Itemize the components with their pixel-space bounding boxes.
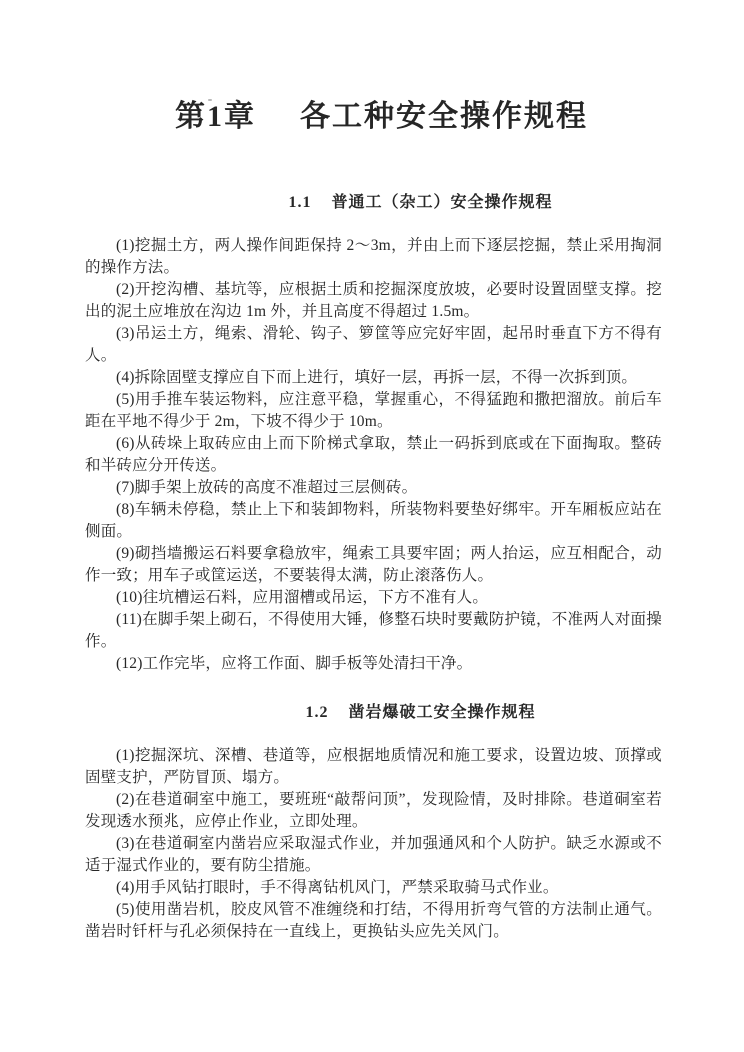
section-1-2-heading: 1.2凿岩爆破工安全操作规程 <box>179 704 662 722</box>
rule-item: (12)工作完毕，应将工作面、脚手板等处清扫干净。 <box>85 653 662 675</box>
scan-speck <box>486 101 489 103</box>
rule-item: (6)从砖垛上取砖应由上而下阶梯式拿取，禁止一码拆到底或在下面掏取。整砖和半砖应… <box>85 433 662 477</box>
rule-item: (10)往坑槽运石料，应用溜槽或吊运，下方不准有人。 <box>85 587 662 609</box>
section-number: 1.2 <box>305 704 328 721</box>
rule-item: (3)在巷道硐室内凿岩应采取湿式作业，并加强通风和个人防护。缺乏水源或不适于湿式… <box>85 833 662 877</box>
rule-item: (4)用手风钻打眼时，手不得离钻机风门，严禁采取骑马式作业。 <box>85 877 662 899</box>
rule-item: (5)用手推车装运物料，应注意平稳，掌握重心，不得猛跑和撒把溜放。前后车距在平地… <box>85 389 662 433</box>
chapter-name: 各工种安全操作规程 <box>300 100 588 133</box>
rule-item: (8)车辆未停稳，禁止上下和装卸物料，所装物料要垫好绑牢。开车厢板应站在侧面。 <box>85 499 662 543</box>
scan-speck <box>208 99 212 101</box>
section-1-1: 1.1普通工（杂工）安全操作规程 (1)挖掘土方，两人操作间距保持 2～3m，并… <box>85 194 662 675</box>
rule-item: (2)开挖沟槽、基坑等，应根据土质和挖掘深度放坡，必要时设置固壁支撑。挖出的泥土… <box>85 279 662 323</box>
rule-item: (2)在巷道硐室中施工，要班班“敲帮问顶”，发现险情，及时排除。巷道硐室若发现透… <box>85 789 662 833</box>
rule-item: (7)脚手架上放砖的高度不准超过三层侧砖。 <box>85 477 662 499</box>
section-title: 凿岩爆破工安全操作规程 <box>348 704 535 721</box>
rule-item: (3)吊运土方，绳索、滑轮、钩子、箩筐等应完好牢固，起吊时垂直下方不得有人。 <box>85 323 662 367</box>
rule-item: (9)砌挡墙搬运石料要拿稳放牢，绳索工具要牢固；两人抬运，应互相配合，动作一致；… <box>85 543 662 587</box>
section-number: 1.1 <box>288 194 311 211</box>
document-page: 第1章各工种安全操作规程 1.1普通工（杂工）安全操作规程 (1)挖掘土方，两人… <box>0 0 744 1052</box>
rule-item: (5)使用凿岩机，胶皮风管不准缠绕和打结，不得用折弯气管的方法制止通气。凿岩时钎… <box>85 899 662 943</box>
section-title: 普通工（杂工）安全操作规程 <box>331 194 552 211</box>
rule-item: (11)在脚手架上砌石，不得使用大锤，修整石块时要戴防护镜，不准两人对面操作。 <box>85 609 662 653</box>
rule-item: (1)挖掘深坑、深槽、巷道等，应根据地质情况和施工要求，设置边坡、顶撑或固壁支护… <box>85 745 662 789</box>
section-1-2: 1.2凿岩爆破工安全操作规程 (1)挖掘深坑、深槽、巷道等，应根据地质情况和施工… <box>85 704 662 943</box>
chapter-title: 第1章各工种安全操作规程 <box>85 96 662 138</box>
rule-item: (1)挖掘土方，两人操作间距保持 2～3m，并由上而下逐层挖掘，禁止采用掏洞的操… <box>85 235 662 279</box>
chapter-number: 第1章 <box>175 100 256 133</box>
rule-item: (4)拆除固壁支撑应自下而上进行，填好一层，再拆一层，不得一次拆到顶。 <box>85 367 662 389</box>
section-1-1-heading: 1.1普通工（杂工）安全操作规程 <box>179 194 662 212</box>
